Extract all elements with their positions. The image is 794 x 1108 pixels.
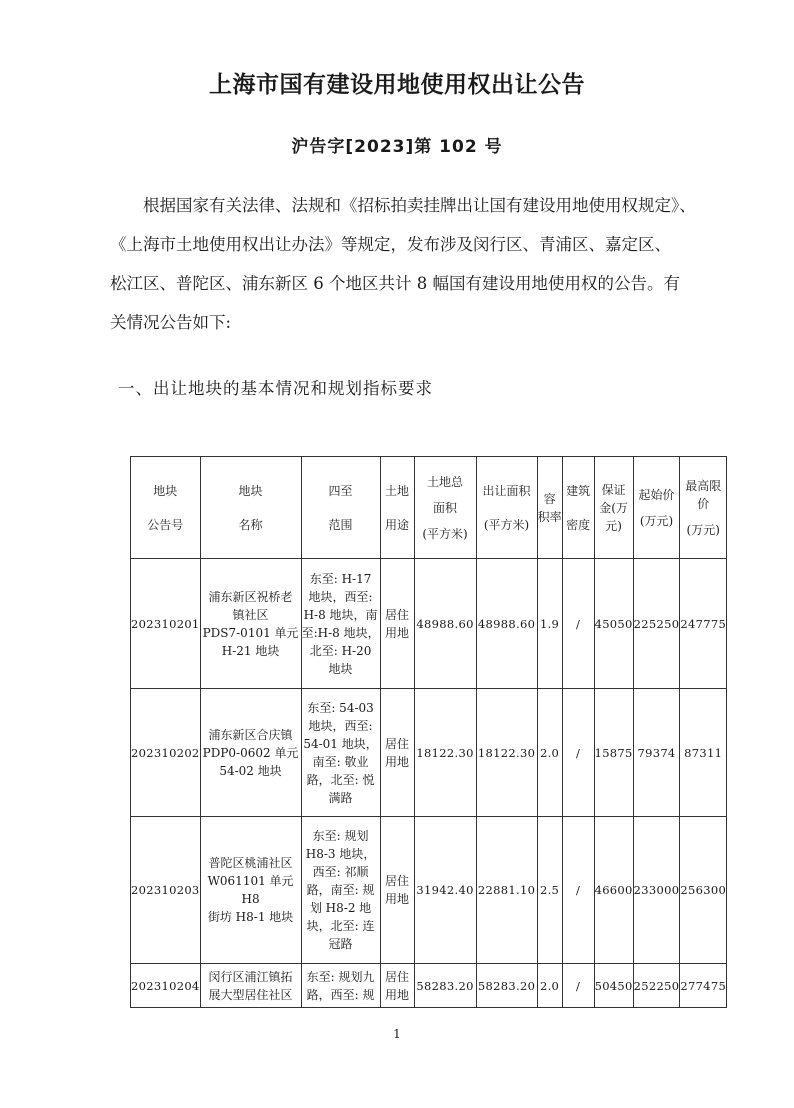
use-line: 用地 xyxy=(381,753,414,771)
name-line: PDS7-0101 单元 xyxy=(201,624,301,642)
intro-line: 《上海市土地使用权出让办法》等规定，发布涉及闵行区、青浦区、嘉定区、 xyxy=(110,225,722,264)
use-line: 用地 xyxy=(381,890,414,908)
name-line: 街坊 H8-1 地块 xyxy=(201,908,301,926)
section-heading: 一、出让地块的基本情况和规划指标要求 xyxy=(118,375,433,399)
total-area-cell: 31942.40 xyxy=(414,817,476,964)
header-start-price: 起始价 (万元) xyxy=(633,457,680,559)
header-text: 元) xyxy=(595,517,633,535)
document-number: 沪告字[2023]第 102 号 xyxy=(0,132,794,157)
start-price-cell: 233000 xyxy=(633,817,680,964)
name-line: 浦东新区祝桥老 xyxy=(201,588,301,606)
deposit-cell: 50450 xyxy=(594,964,633,1008)
table-row: 202310201 浦东新区祝桥老 镇社区 PDS7-0101 单元 H-21 … xyxy=(131,559,727,689)
boundary-line: 满路 xyxy=(302,789,380,807)
use-line: 居住 xyxy=(381,968,414,986)
total-area-cell: 58283.20 xyxy=(414,964,476,1008)
name-cell: 普陀区桃浦社区 W061101 单元 H8 街坊 H8-1 地块 xyxy=(200,817,301,964)
header-text: 地块 xyxy=(201,482,301,500)
header-deposit: 保证 金(万 元) xyxy=(594,457,633,559)
far-cell: 1.9 xyxy=(537,559,562,689)
name-line: W061101 单元 H8 xyxy=(201,872,301,908)
name-line: 闵行区浦江镇拓 xyxy=(201,968,301,986)
max-price-cell: 87311 xyxy=(680,689,727,817)
density-cell: / xyxy=(562,964,594,1008)
boundary-line: 东至: H-17 xyxy=(302,570,380,588)
start-price-cell: 79374 xyxy=(633,689,680,817)
name-line: 普陀区桃浦社区 xyxy=(201,854,301,872)
deposit-cell: 45050 xyxy=(594,559,633,689)
boundary-line: 地块 xyxy=(302,660,380,678)
name-line: 镇社区 xyxy=(201,606,301,624)
header-text: 金(万 xyxy=(595,499,633,517)
header-notice-no: 地块 公告号 xyxy=(131,457,201,559)
header-text: (平方米) xyxy=(415,525,476,543)
header-name: 地块 名称 xyxy=(200,457,301,559)
header-text: 范围 xyxy=(302,516,380,534)
use-line: 居住 xyxy=(381,872,414,890)
header-boundary: 四至 范围 xyxy=(301,457,380,559)
header-text: 出让面积 xyxy=(477,482,537,500)
boundary-line: H-8 地块，南 xyxy=(302,606,380,624)
page-number: 1 xyxy=(0,1027,794,1041)
start-price-cell: 252250 xyxy=(633,964,680,1008)
intro-line: 关情况公告如下: xyxy=(110,303,722,342)
header-text: 用途 xyxy=(381,516,414,534)
boundary-line: H8-3 地块， xyxy=(302,845,380,863)
name-line: 展大型居住社区 xyxy=(201,986,301,1004)
boundary-cell: 东至: 54-03 地块，西至: 54-01 地块， 南至: 敬业 路，北至: … xyxy=(301,689,380,817)
notice-no-cell: 202310202 xyxy=(131,689,201,817)
header-max-price: 最高限 价 (万元) xyxy=(680,457,727,559)
header-total-area: 土地总 面积 (平方米) xyxy=(414,457,476,559)
use-cell: 居住 用地 xyxy=(380,964,414,1008)
header-text: 名称 xyxy=(201,516,301,534)
name-line: 54-02 地块 xyxy=(201,762,301,780)
total-area-cell: 18122.30 xyxy=(414,689,476,817)
header-transfer-area: 出让面积 (平方米) xyxy=(476,457,537,559)
start-price-cell: 225250 xyxy=(633,559,680,689)
table-row: 202310204 闵行区浦江镇拓 展大型居住社区 东至: 规划九 路，西至: … xyxy=(131,964,727,1008)
notice-no-cell: 202310203 xyxy=(131,817,201,964)
boundary-line: 西至: 祁顺 xyxy=(302,863,380,881)
header-text: (平方米) xyxy=(477,516,537,534)
header-text: 密度 xyxy=(563,516,594,534)
far-cell: 2.0 xyxy=(537,964,562,1008)
header-text: 面积 xyxy=(415,499,476,517)
total-area-cell: 48988.60 xyxy=(414,559,476,689)
density-cell: / xyxy=(562,559,594,689)
header-text: 容 xyxy=(538,490,562,508)
name-line: H-21 地块 xyxy=(201,642,301,660)
name-cell: 浦东新区合庆镇 PDP0-0602 单元 54-02 地块 xyxy=(200,689,301,817)
boundary-line: 路，西至: 规 xyxy=(302,986,380,1004)
boundary-line: 路，南至: 规 xyxy=(302,881,380,899)
boundary-line: 地块，西至: xyxy=(302,717,380,735)
header-text: 起始价 xyxy=(634,486,680,504)
boundary-line: 划 H8-2 地 xyxy=(302,899,380,917)
max-price-cell: 247775 xyxy=(680,559,727,689)
intro-paragraph: 根据国家有关法律、法规和《招标拍卖挂牌出让国有建设用地使用权规定》、 《上海市土… xyxy=(110,186,722,342)
boundary-line: 东至: 规划 xyxy=(302,827,380,845)
name-line: PDP0-0602 单元 xyxy=(201,744,301,762)
boundary-line: 至:H-8 地块， xyxy=(302,624,380,642)
announcement-title: 上海市国有建设用地使用权出让公告 xyxy=(0,66,794,99)
max-price-cell: 277475 xyxy=(680,964,727,1008)
use-line: 居住 xyxy=(381,735,414,753)
boundary-line: 冠路 xyxy=(302,935,380,953)
header-text: 建筑 xyxy=(563,482,594,500)
table-header-row: 地块 公告号 地块 名称 四至 范围 土地 用途 土地总 xyxy=(131,457,727,559)
header-text: 积率 xyxy=(538,508,562,526)
name-cell: 浦东新区祝桥老 镇社区 PDS7-0101 单元 H-21 地块 xyxy=(200,559,301,689)
use-cell: 居住 用地 xyxy=(380,817,414,964)
max-price-cell: 256300 xyxy=(680,817,727,964)
use-cell: 居住 用地 xyxy=(380,559,414,689)
table-row: 202310203 普陀区桃浦社区 W061101 单元 H8 街坊 H8-1 … xyxy=(131,817,727,964)
transfer-area-cell: 18122.30 xyxy=(476,689,537,817)
header-text: 公告号 xyxy=(131,516,200,534)
use-line: 用地 xyxy=(381,624,414,642)
transfer-area-cell: 58283.20 xyxy=(476,964,537,1008)
use-cell: 居住 用地 xyxy=(380,689,414,817)
header-text: (万元) xyxy=(634,512,680,530)
density-cell: / xyxy=(562,689,594,817)
header-text: 价 xyxy=(680,495,726,513)
deposit-cell: 15875 xyxy=(594,689,633,817)
far-cell: 2.0 xyxy=(537,689,562,817)
boundary-line: 东至: 规划九 xyxy=(302,968,380,986)
density-cell: / xyxy=(562,817,594,964)
name-line: 浦东新区合庆镇 xyxy=(201,726,301,744)
intro-line: 松江区、普陀区、浦东新区 6 个地区共计 8 幅国有建设用地使用权的公告。有 xyxy=(110,264,722,303)
boundary-cell: 东至: 规划九 路，西至: 规 xyxy=(301,964,380,1008)
intro-line: 根据国家有关法律、法规和《招标拍卖挂牌出让国有建设用地使用权规定》、 xyxy=(110,186,722,225)
transfer-area-cell: 48988.60 xyxy=(476,559,537,689)
far-cell: 2.5 xyxy=(537,817,562,964)
notice-no-cell: 202310204 xyxy=(131,964,201,1008)
boundary-line: 路，北至: 悦 xyxy=(302,771,380,789)
boundary-line: 南至: 敬业 xyxy=(302,753,380,771)
boundary-line: 北至: H-20 xyxy=(302,642,380,660)
header-far: 容 积率 xyxy=(537,457,562,559)
header-use: 土地 用途 xyxy=(380,457,414,559)
header-text: (万元) xyxy=(680,521,726,539)
header-text: 地块 xyxy=(131,482,200,500)
header-density: 建筑 密度 xyxy=(562,457,594,559)
boundary-line: 地块，西至: xyxy=(302,588,380,606)
table-row: 202310202 浦东新区合庆镇 PDP0-0602 单元 54-02 地块 … xyxy=(131,689,727,817)
use-line: 用地 xyxy=(381,986,414,1004)
boundary-line: 块，北至: 连 xyxy=(302,917,380,935)
notice-no-cell: 202310201 xyxy=(131,559,201,689)
deposit-cell: 46600 xyxy=(594,817,633,964)
boundary-cell: 东至: 规划 H8-3 地块， 西至: 祁顺 路，南至: 规 划 H8-2 地 … xyxy=(301,817,380,964)
boundary-line: 东至: 54-03 xyxy=(302,699,380,717)
use-line: 居住 xyxy=(381,606,414,624)
name-cell: 闵行区浦江镇拓 展大型居住社区 xyxy=(200,964,301,1008)
header-text: 保证 xyxy=(595,481,633,499)
header-text: 土地 xyxy=(381,482,414,500)
land-parcel-table: 地块 公告号 地块 名称 四至 范围 土地 用途 土地总 xyxy=(130,456,727,1008)
header-text: 四至 xyxy=(302,482,380,500)
transfer-area-cell: 22881.10 xyxy=(476,817,537,964)
boundary-cell: 东至: H-17 地块，西至: H-8 地块，南 至:H-8 地块， 北至: H… xyxy=(301,559,380,689)
header-text: 最高限 xyxy=(680,477,726,495)
boundary-line: 54-01 地块， xyxy=(302,735,380,753)
header-text: 土地总 xyxy=(415,473,476,491)
